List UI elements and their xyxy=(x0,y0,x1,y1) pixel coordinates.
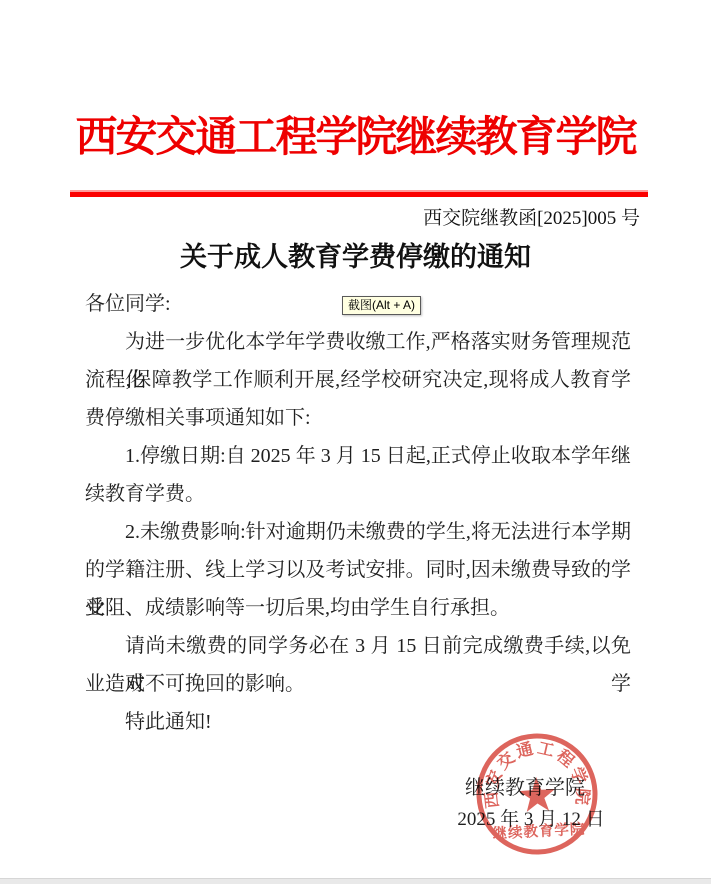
notice-title: 关于成人教育学费停缴的通知 xyxy=(0,241,711,273)
page-bottom-edge xyxy=(0,878,711,884)
screenshot-shortcut-tooltip: 截图(Alt + A) xyxy=(342,296,421,315)
body-line: 2.未缴费影响:针对逾期仍未缴费的学生,将无法进行本学期 xyxy=(85,513,631,551)
body-paragraphs: 为进一步优化本学年学费收缴工作,严格落实财务管理规范化流程,保障教学工作顺利开展… xyxy=(85,323,631,703)
letterhead-org-title: 西安交通工程学院继续教育学院 xyxy=(0,108,711,168)
body-line: 的学籍注册、线上学习以及考试安排。同时,因未缴费导致的学业 xyxy=(85,551,631,589)
notice-document-page: 西安交通工程学院继续教育学院 西交院继教函[2025]005 号 关于成人教育学… xyxy=(0,0,711,884)
paragraph: 为进一步优化本学年学费收缴工作,严格落实财务管理规范化流程,保障教学工作顺利开展… xyxy=(85,323,631,437)
notice-body: 各位同学: 为进一步优化本学年学费收缴工作,严格落实财务管理规范化流程,保障教学… xyxy=(85,285,631,741)
body-line: 流程,保障教学工作顺利开展,经学校研究决定,现将成人教育学 xyxy=(85,361,631,399)
paragraph: 请尚未缴费的同学务必在 3 月 15 日前完成缴费手续,以免对学业造成不可挽回的… xyxy=(85,627,631,703)
body-line: 费停缴相关事项通知如下: xyxy=(85,399,631,437)
seal-star-icon xyxy=(518,776,556,812)
letterhead-red-rule xyxy=(70,190,648,197)
body-line: 请尚未缴费的同学务必在 3 月 15 日前完成缴费手续,以免对学 xyxy=(85,627,631,665)
paragraph: 2.未缴费影响:针对逾期仍未缴费的学生,将无法进行本学期的学籍注册、线上学习以及… xyxy=(85,513,631,627)
official-seal-stamp: 西安交通工程学院 继续教育学院 xyxy=(468,725,607,864)
body-line: 受阻、成绩影响等一切后果,均由学生自行承担。 xyxy=(85,589,631,627)
body-line: 1.停缴日期:自 2025 年 3 月 15 日起,正式停止收取本学年继 xyxy=(85,437,631,475)
document-number: 西交院继教函[2025]005 号 xyxy=(423,207,640,231)
body-line: 续教育学费。 xyxy=(85,475,631,513)
paragraph: 1.停缴日期:自 2025 年 3 月 15 日起,正式停止收取本学年继续教育学… xyxy=(85,437,631,513)
body-line: 为进一步优化本学年学费收缴工作,严格落实财务管理规范化 xyxy=(85,323,631,361)
